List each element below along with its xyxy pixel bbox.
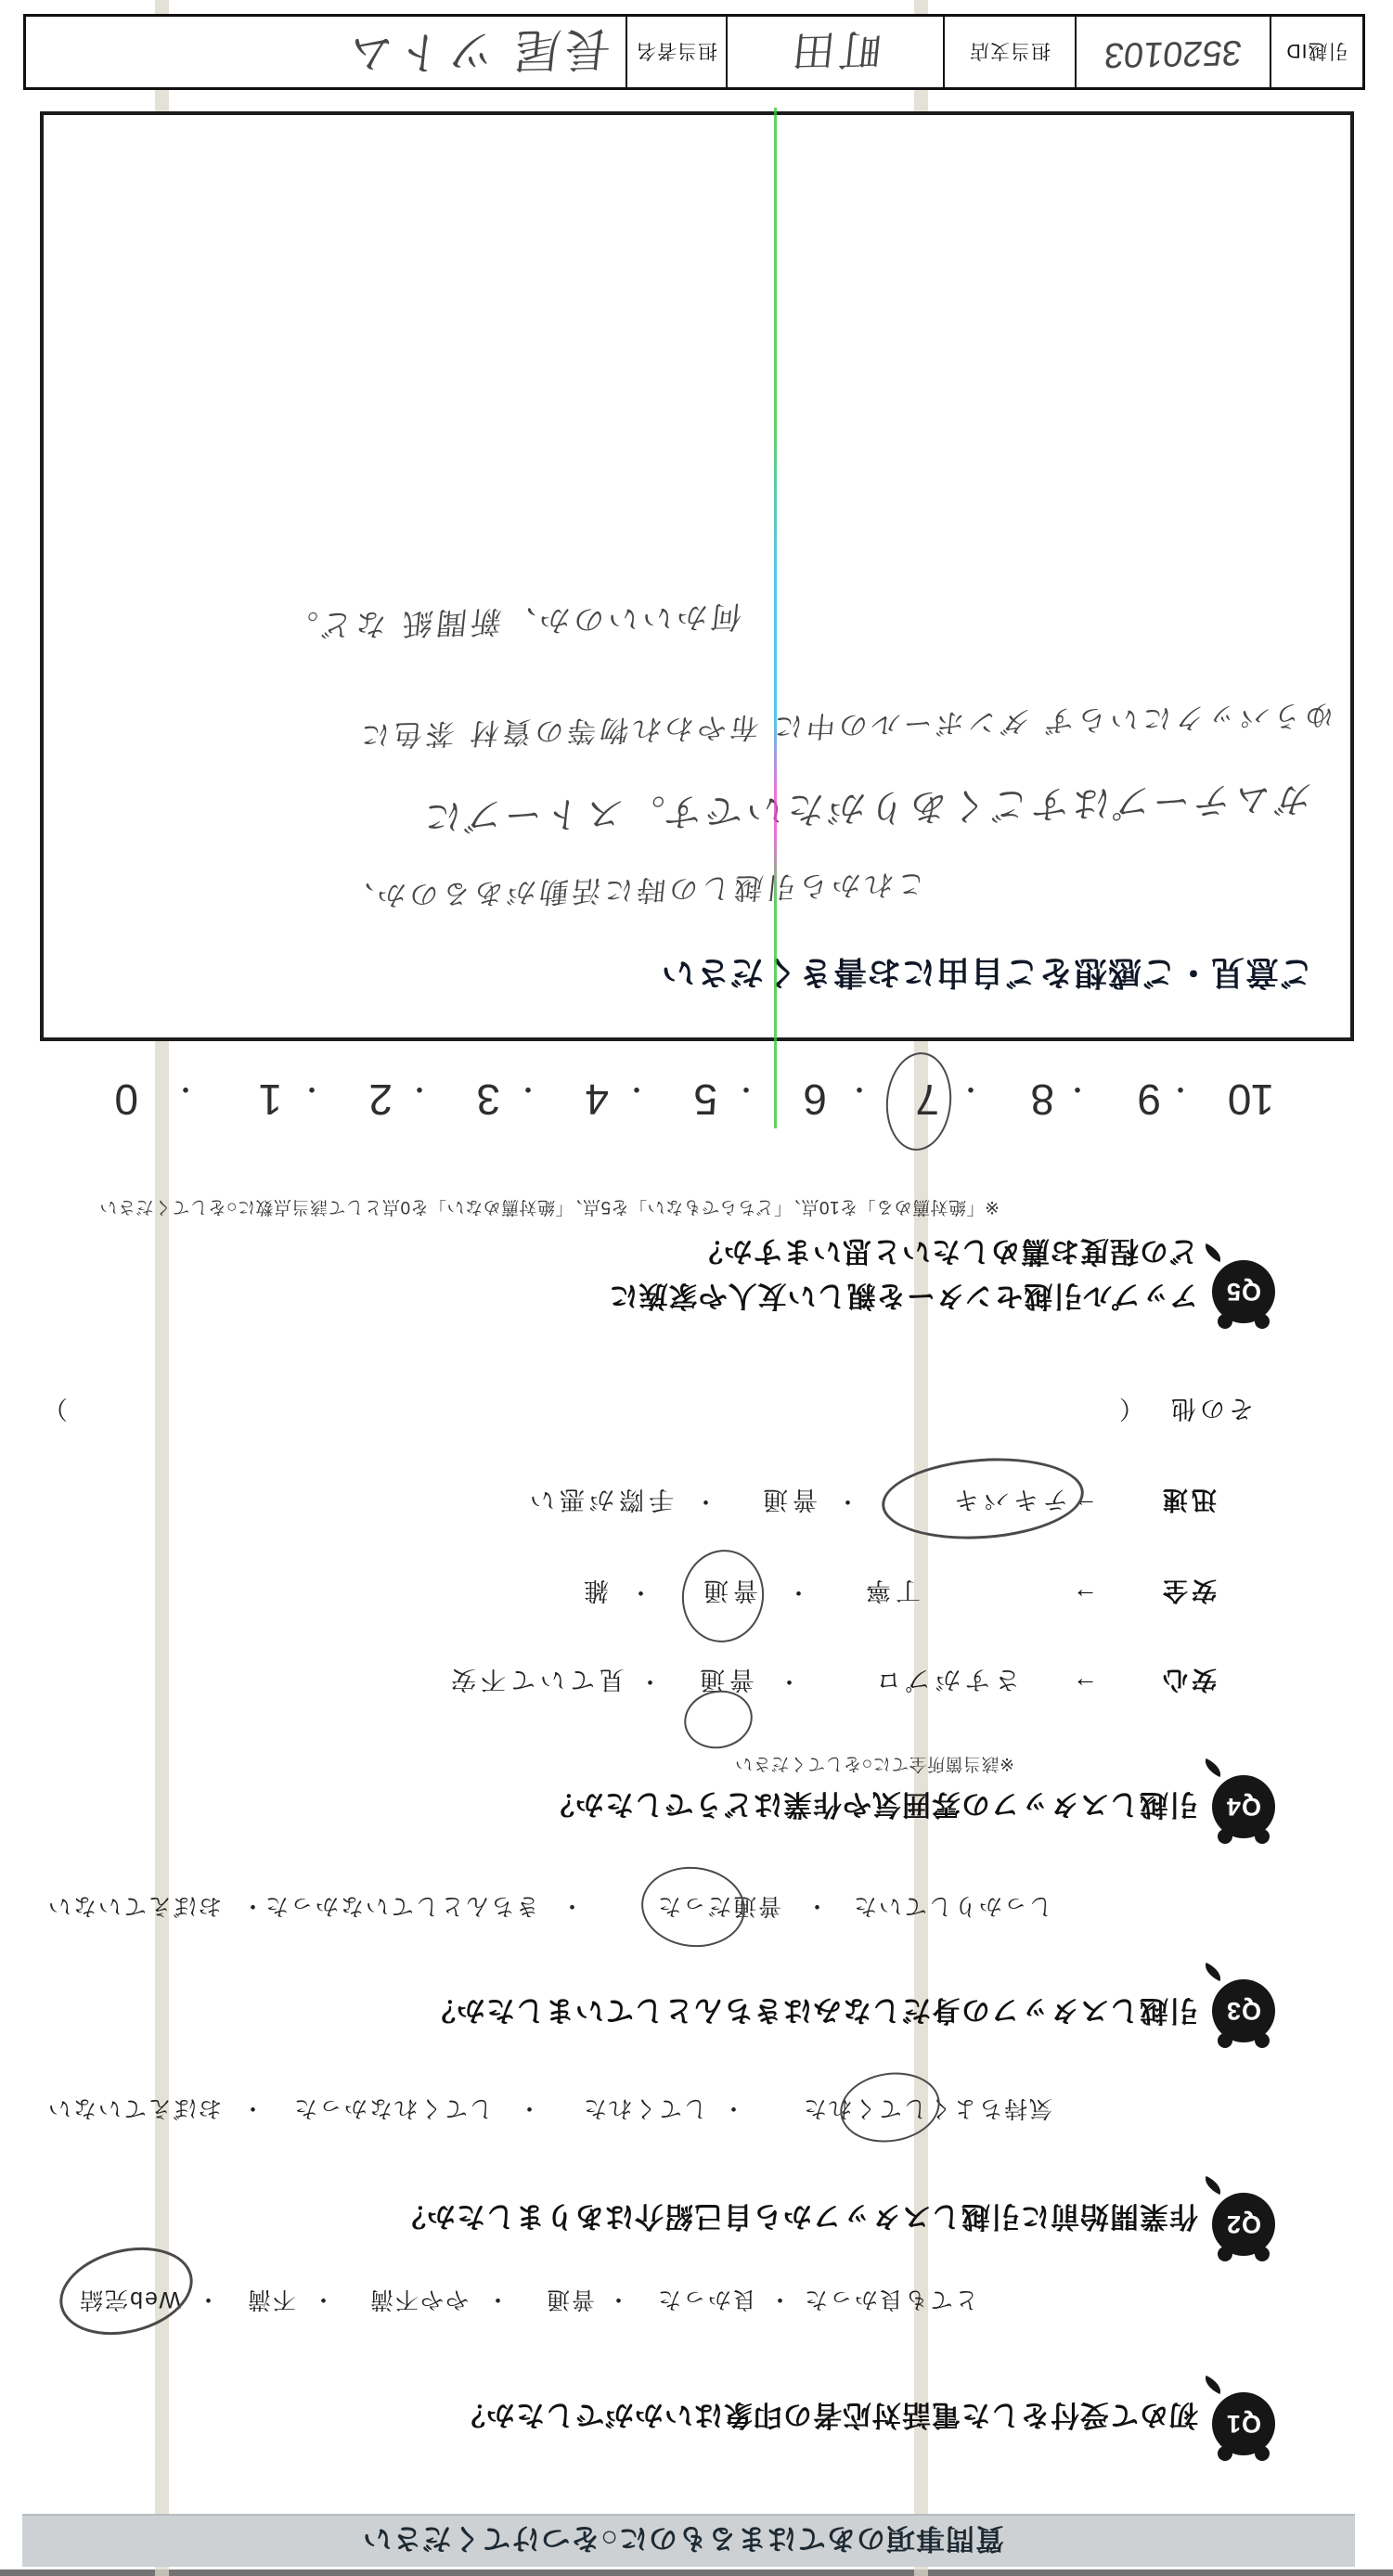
q4-row-anshin: 安心 → さすがプロ ・ 普通 ・ 見ていて不安 — [0, 1655, 1393, 1700]
option-separator-dot: ・ — [607, 2285, 630, 2318]
q1-option: とても良かった — [803, 2285, 978, 2318]
scale-2: 2 — [369, 1075, 393, 1125]
q5-badge-label: Q5 — [1226, 1278, 1261, 1307]
scanned-survey-sheet: 質問事項のあてはまるものに○をつけてください Q1 初めて受付をした電話対応者の… — [0, 0, 1393, 2576]
instruction-text: 質問事項のあてはまるものに○をつけてください — [362, 2520, 1004, 2562]
mascot-ear-icon — [1218, 2033, 1232, 2048]
q2-option: おぼえていない — [46, 2093, 222, 2127]
mascot-tail-icon — [1201, 1243, 1224, 1262]
move-id-label-cell: 引越ID — [1270, 17, 1362, 87]
scale-5: 5 — [694, 1075, 717, 1125]
scale-1: 1 — [259, 1075, 282, 1125]
scale-10: 10 — [1229, 1075, 1274, 1125]
scale-separator-dot: ・ — [732, 1071, 760, 1112]
option-separator-dot: ・ — [629, 1578, 652, 1611]
option-separator-dot: ・ — [486, 2285, 509, 2318]
scale-separator-dot: ・ — [845, 1071, 873, 1112]
scale-6: 6 — [804, 1075, 827, 1125]
q5-mascot-icon: Q5 — [1212, 1260, 1275, 1323]
q2-option: してくれた — [582, 2093, 707, 2127]
q4-row-jinsoku: 迅速 → テキパキ ・ 普通 ・ 手際が悪い — [0, 1475, 1393, 1520]
move-id-label: 引越ID — [1286, 38, 1348, 66]
handwritten-comment-line: 何かいいのか、新聞紙 など。 — [281, 597, 744, 650]
scale-separator-dot: ・ — [514, 1071, 542, 1112]
handwritten-comment-line: ガムテープはすごくありがたいです。ストーブに — [418, 775, 1314, 846]
q1-option: 普通 — [545, 2285, 595, 2318]
mascot-ear-icon — [1255, 1314, 1270, 1329]
scale-separator-dot: ・ — [623, 1071, 651, 1112]
option-separator-dot: ・ — [197, 2285, 220, 2318]
q4-other-label: その他 — [1167, 1393, 1254, 1429]
option-separator-dot: ・ — [241, 2093, 264, 2127]
q4-other-paren-open: （ — [1115, 1393, 1144, 1429]
mascot-ear-icon — [1218, 2247, 1232, 2261]
q2-options-row: 気持ちよくしてくれた ・ してくれた ・ してくれなかった ・ おぼえていない — [0, 2082, 1393, 2127]
instruction-bar: 質問事項のあてはまるものに○をつけてください — [22, 2514, 1355, 2567]
q3-badge-label: Q3 — [1226, 1997, 1261, 2026]
q1-option: 良かった — [656, 2285, 756, 2318]
handwritten-circle-q4-anzen — [676, 1544, 769, 1647]
q1-option: 不満 — [246, 2285, 296, 2318]
scanner-color-artifact-line — [774, 108, 777, 1128]
scale-4: 4 — [586, 1075, 609, 1125]
scale-9: 9 — [1138, 1075, 1161, 1125]
q4-note: ※該当箇所全てに○をしてください — [735, 1753, 1014, 1778]
q4-option: 普通 — [758, 1484, 818, 1520]
q3-option: きちんとしていなかった — [264, 1891, 539, 1925]
mascot-tail-icon — [1201, 1758, 1224, 1777]
scale-separator-dot: ・ — [172, 1071, 200, 1112]
q4-row-other: その他 （ ） — [0, 1385, 1393, 1429]
q4-row-label: 安全 — [1159, 1575, 1217, 1611]
scale-separator-dot: ・ — [298, 1071, 326, 1112]
page-edge-shadow — [0, 2570, 1393, 2576]
option-separator-dot: ・ — [806, 1891, 829, 1925]
scale-0: 0 — [115, 1075, 138, 1125]
mascot-ear-icon — [1255, 2247, 1270, 2261]
comment-box: ご意見・ご感想をご自由にお書きください これから引越しの時に活動があるのか、 ガ… — [40, 111, 1354, 1041]
q4-title: 引越しスタッフの雰囲気や作業はどうでしたか？ — [545, 1786, 1198, 1828]
q1-mascot-icon: Q1 — [1212, 2392, 1275, 2455]
q3-mascot-icon: Q3 — [1212, 1979, 1275, 2042]
mascot-ear-icon — [1218, 2446, 1232, 2461]
scale-3: 3 — [477, 1075, 500, 1125]
mascot-ear-icon — [1255, 2033, 1270, 2048]
staff-label-cell: 担当者名 — [626, 17, 726, 87]
option-separator-dot: ・ — [787, 1578, 810, 1611]
q3-title: 引越しスタッフの身だしなみはきちんとしていましたか？ — [426, 1992, 1198, 2034]
q4-row-label: 迅速 — [1159, 1484, 1217, 1520]
option-separator-dot: ・ — [312, 2285, 335, 2318]
q4-option: 見ていて不安 — [446, 1664, 625, 1700]
q4-option: 雑 — [579, 1575, 609, 1611]
option-separator-dot: ・ — [836, 1487, 859, 1520]
q2-badge-label: Q2 — [1226, 2210, 1261, 2239]
q5-title-line1: アップル引越センターを親しい友人や家族に — [609, 1278, 1198, 1320]
q3-option: おぼえていない — [46, 1891, 222, 1925]
scale-separator-dot: ・ — [957, 1071, 985, 1112]
handwritten-circle-q3 — [638, 1861, 749, 1951]
option-separator-dot: ・ — [694, 1487, 717, 1520]
q4-option: 手際が悪い — [525, 1484, 674, 1520]
arrow-right-icon: → — [1073, 1671, 1098, 1700]
handwritten-move-id: 3520103 — [1103, 32, 1244, 74]
option-separator-dot: ・ — [722, 2093, 745, 2127]
q5-note: ※「絶対薦める」を10点、「どちらでもない」を5点、「絶対薦めない」を0点として… — [99, 1196, 1000, 1221]
scale-8: 8 — [1031, 1075, 1054, 1125]
q4-badge-label: Q4 — [1226, 1793, 1261, 1822]
q5-title-line2: どの程度お薦めしたいと思いますか？ — [693, 1233, 1198, 1275]
move-id-value-cell: 3520103 — [1075, 17, 1270, 87]
q3-option: しっかりしていた — [852, 1891, 1052, 1925]
option-separator-dot: ・ — [518, 2093, 541, 2127]
q1-option: やや不満 — [368, 2285, 469, 2318]
option-separator-dot: ・ — [768, 2285, 792, 2318]
branch-value-cell: 町田 — [726, 17, 943, 87]
handwritten-staff-signature: 長尾 ツトム — [340, 19, 613, 91]
scale-separator-dot: ・ — [406, 1071, 433, 1112]
option-separator-dot: ・ — [561, 1891, 584, 1925]
branch-label: 担当支店 — [969, 38, 1051, 66]
option-separator-dot: ・ — [778, 1667, 801, 1700]
q4-option: 丁寧 — [861, 1575, 921, 1611]
q4-mascot-icon: Q4 — [1212, 1775, 1275, 1838]
q1-badge-label: Q1 — [1226, 2410, 1261, 2439]
q2-option: してくれなかった — [292, 2093, 493, 2127]
q4-row-label: 安心 — [1159, 1664, 1217, 1700]
scale-separator-dot: ・ — [1167, 1071, 1194, 1112]
mascot-tail-icon — [1201, 2376, 1224, 2394]
mascot-ear-icon — [1255, 1829, 1270, 1844]
handwritten-circle-q4-jinsoku — [879, 1452, 1086, 1546]
option-separator-dot: ・ — [638, 1667, 662, 1700]
mascot-tail-icon — [1201, 1963, 1224, 1981]
mascot-ear-icon — [1218, 1829, 1232, 1844]
handwritten-comment-line: ゆうパックにいらず ダンボールの中に 布やわれ物等の資材 茶色に — [355, 697, 1335, 759]
mascot-ear-icon — [1255, 2446, 1270, 2461]
option-separator-dot: ・ — [241, 1891, 264, 1925]
staff-signature-cell: 長尾 ツトム — [26, 17, 626, 87]
comment-box-title: ご意見・ご感想をご自由にお書きください — [661, 951, 1313, 998]
handwritten-branch-name: 町田 — [786, 21, 885, 84]
handwritten-comment-line: これから引越しの時に活動があるのか、 — [339, 866, 927, 920]
q1-title: 初めて受付をした電話対応者の印象はいかがでしたか？ — [456, 2397, 1198, 2439]
branch-label-cell: 担当支店 — [943, 17, 1075, 87]
staff-label: 担当者名 — [636, 38, 717, 66]
arrow-right-icon: → — [1073, 1582, 1098, 1611]
mascot-tail-icon — [1201, 2176, 1224, 2195]
q2-mascot-icon: Q2 — [1212, 2193, 1275, 2256]
handwritten-circle-q1 — [50, 2235, 201, 2349]
scale-separator-dot: ・ — [1064, 1071, 1091, 1112]
q5-scale-row: 10 ・ 9 ・ 8 ・ 7 ・ 6 ・ 5 ・ 4 ・ 3 ・ 2 ・ 1 ・… — [0, 1060, 1393, 1125]
q2-title: 作業開始前に引越しスタッフから自己紹介はありましたか？ — [396, 2198, 1198, 2240]
staff-id-table: 引越ID 3520103 担当支店 町田 担当者名 長尾 ツトム — [23, 14, 1365, 90]
q4-other-paren-close: ） — [38, 1393, 68, 1429]
handwritten-circle-q2 — [835, 2066, 945, 2149]
q1-options-row: とても良かった ・ 良かった ・ 普通 ・ やや不満 ・ 不満 ・ Web完結 — [0, 2273, 1393, 2318]
q4-option: さすがプロ — [871, 1664, 1020, 1700]
mascot-ear-icon — [1218, 1314, 1232, 1329]
